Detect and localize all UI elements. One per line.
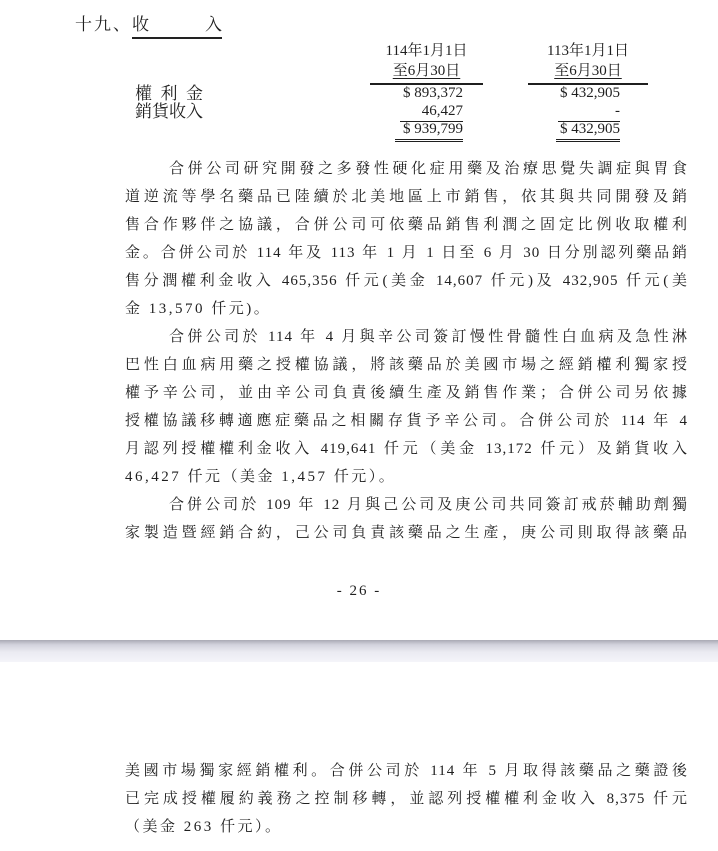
section-heading: 十九、 收 入 (75, 10, 222, 39)
underlined-amount: 46,427 (400, 103, 463, 122)
page-1: 十九、 收 入 114年1月1日 至6月30日 113年1月1日 至6月30日 … (0, 0, 718, 640)
double-underlined-total: $ 939,799 (395, 121, 463, 142)
paragraph-line: 46,427 仟元（美金 1,457 仟元）。 (125, 463, 688, 491)
underlined-amount: - (558, 103, 620, 122)
page-separator (0, 640, 718, 662)
paragraph-line: 合併公司於 114 年 4 月與辛公司簽訂慢性骨髓性白血病及急性淋 (125, 323, 688, 351)
table-cell-royalties-current: $ 893,372 (370, 85, 483, 102)
double-underlined-total: $ 432,905 (556, 121, 620, 142)
paragraph-line: （美金 263 仟元）。 (125, 813, 688, 841)
section-number: 十九、 (75, 10, 132, 35)
period-date-line2: 至6月30日 (554, 63, 622, 79)
body-text: 合併公司研究開發之多發性硬化症用藥及治療思覺失調症與胃食 道逆流等學名藥品已陸續… (125, 155, 688, 547)
table-cell-total-prior: $ 432,905 (528, 121, 648, 142)
paragraph-line: 售合作夥伴之協議，合併公司可依藥品銷售利潤之固定比例收取權利 (125, 211, 688, 239)
paragraph-line: 月認列授權權利金收入 419,641 仟元（美金 13,172 仟元）及銷貨收入 (125, 435, 688, 463)
section-title: 收 入 (132, 10, 222, 39)
table-cell-royalties-prior: $ 432,905 (528, 85, 648, 102)
table-column-header-prior-period: 113年1月1日 至6月30日 (528, 40, 648, 85)
paragraph-line: 授權協議移轉適應症藥品之相關存貨予辛公司。合併公司於 114 年 4 (125, 407, 688, 435)
paragraph-line: 美國市場獨家經銷權利。合併公司於 114 年 5 月取得該藥品之藥證後 (125, 757, 688, 785)
paragraph-line: 售分潤權利金收入 465,356 仟元(美金 14,607 仟元)及 432,9… (125, 267, 688, 295)
table-cell-sales-current: 46,427 (370, 103, 483, 122)
table-cell-sales-prior: - (528, 103, 648, 122)
paragraph-line: 合併公司研究開發之多發性硬化症用藥及治療思覺失調症與胃食 (125, 155, 688, 183)
paragraph-line: 合併公司於 109 年 12 月與己公司及庚公司共同簽訂戒菸輔助劑獨 (125, 491, 688, 519)
paragraph-line: 權予辛公司，並由辛公司負責後續生產及銷售作業；合併公司另依據 (125, 379, 688, 407)
row-label-royalties: 權利金 (135, 85, 203, 103)
period-date-line1: 113年1月1日 (528, 40, 648, 62)
paragraph-line: 巴性白血病用藥之授權協議，將該藥品於美國市場之經銷權利獨家授 (125, 351, 688, 379)
paragraph-line: 金 13,570 仟元)。 (125, 295, 688, 323)
period-date-line2: 至6月30日 (393, 63, 461, 79)
table-column-header-current-period: 114年1月1日 至6月30日 (370, 40, 483, 85)
page-2: 美國市場獨家經銷權利。合併公司於 114 年 5 月取得該藥品之藥證後 已完成授… (0, 662, 718, 851)
paragraph-line: 已完成授權履約義務之控制移轉，並認列授權權利金收入 8,375 仟元 (125, 785, 688, 813)
paragraph-line: 金。合併公司於 114 年及 113 年 1 月 1 日至 6 月 30 日分別… (125, 239, 688, 267)
row-label-sales-revenue: 銷貨收入 (135, 103, 203, 121)
table-cell-total-current: $ 939,799 (370, 121, 483, 142)
body-text: 美國市場獨家經銷權利。合併公司於 114 年 5 月取得該藥品之藥證後 已完成授… (125, 757, 688, 841)
paragraph-line: 家製造暨經銷合約，己公司負責該藥品之生產，庚公司則取得該藥品 (125, 519, 688, 547)
paragraph-line: 道逆流等學名藥品已陸續於北美地區上市銷售，依其與共同開發及銷 (125, 183, 688, 211)
period-date-line1: 114年1月1日 (370, 40, 483, 62)
page-number: - 26 - (0, 577, 718, 605)
